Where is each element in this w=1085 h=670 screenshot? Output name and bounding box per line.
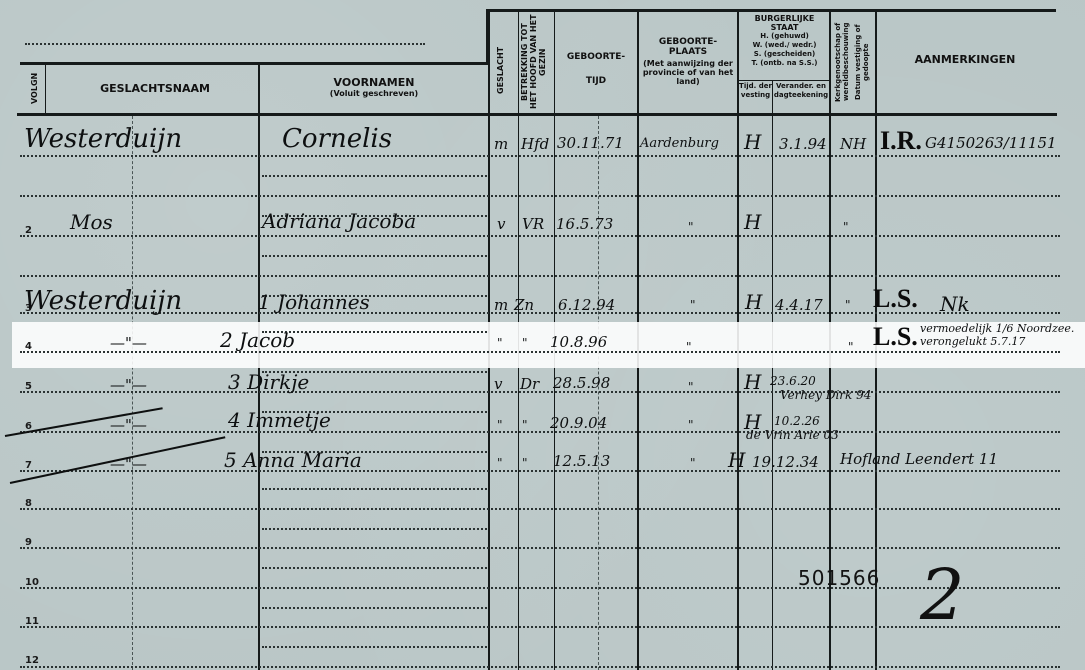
- row-rule: [20, 235, 1060, 237]
- row1-surname: Westerduijn: [24, 124, 182, 154]
- row6-surname: —"—: [110, 416, 147, 434]
- header-burgerlijke-staat: BURGERLIJKE STAAT H. (gehuwd) W. (wed./ …: [740, 14, 829, 68]
- header-geboortetijd-1: GEBOORTE-: [556, 45, 636, 69]
- row4-place: ": [686, 340, 692, 354]
- row1-date: 3.1.94: [779, 135, 827, 153]
- header-aanmerkingen: AANMERKINGEN: [880, 53, 1050, 66]
- row-rule: [20, 626, 1060, 628]
- row5-date: 23.6.20: [770, 374, 816, 388]
- row5-birth: 28.5.98: [553, 374, 610, 392]
- header-geboorteplaats: GEBOORTE- PLAATS (Met aanwijzing der pro…: [640, 37, 736, 86]
- row6-remark: de Vrin Arie 03: [746, 428, 839, 442]
- header-geboortetijd-2: TIJD: [556, 69, 636, 93]
- row6-relation: ": [522, 418, 528, 432]
- row4-birth: 10.8.96: [550, 333, 607, 351]
- row-number: 7: [25, 460, 32, 471]
- row5-remark: Verhey Dirk 94: [780, 388, 871, 402]
- header-datum-vestiging: Datum vestiging of gedoopte: [854, 14, 872, 110]
- col-line-volgn: [45, 65, 46, 113]
- row4-surname: —"—: [110, 334, 147, 352]
- row-subrule: [262, 488, 487, 490]
- row-subrule: [262, 607, 487, 609]
- header-bs-w: W. (wed./ wedr.): [740, 41, 829, 50]
- row-number: 9: [25, 537, 32, 548]
- row-rule: [20, 431, 1060, 433]
- header-bs-s: S. (gescheiden): [740, 50, 829, 59]
- header-voornamen: VOORNAMEN (Voluit geschreven): [262, 76, 486, 98]
- row5-status: H: [744, 370, 761, 394]
- row4-church: ": [848, 340, 854, 354]
- row-number: 5: [25, 381, 32, 392]
- row-rule: [20, 275, 1060, 277]
- row-subrule: [262, 331, 487, 333]
- header-geboortetijd: GEBOORTE- TIJD: [556, 45, 636, 93]
- row-subrule: [262, 646, 487, 648]
- row5-place: ": [688, 380, 694, 394]
- row-number: 11: [25, 616, 39, 627]
- row3-sex: m: [494, 296, 508, 314]
- row3-place: ": [690, 298, 696, 312]
- bs-sub-rule: [739, 80, 830, 81]
- header-geslacht: GESLACHT: [496, 30, 510, 110]
- row1-church: NH: [840, 135, 866, 153]
- row5-sex: v: [494, 375, 502, 393]
- header-voornamen-sub: (Voluit geschreven): [262, 89, 486, 98]
- row3-surname: Westerduijn: [24, 286, 182, 316]
- row-number: 8: [25, 498, 32, 509]
- header-geboorteplaats-sub: (Met aanwijzing der provincie of van het…: [640, 59, 736, 86]
- row7-sex: ": [497, 456, 503, 470]
- row6-date: 10.2.26: [774, 414, 820, 428]
- header-kerkgenootschap: Kerkgenootschap of wereldbeschouwing: [834, 14, 852, 110]
- row-number: 4: [25, 341, 32, 352]
- header-geboorteplaats-1: GEBOORTE-: [640, 37, 736, 47]
- row-subrule: [262, 175, 487, 177]
- row4-relation: ": [522, 336, 528, 350]
- row2-status: H: [744, 210, 761, 234]
- row4-sex: ": [497, 336, 503, 350]
- row7-status: H: [728, 448, 745, 472]
- row1-place: Aardenburg: [640, 136, 719, 151]
- row-rule: [20, 587, 1060, 589]
- row3-stamp: L.S.: [873, 284, 918, 314]
- header-bs-title: BURGERLIJKE STAAT: [740, 14, 829, 32]
- row-subrule: [262, 528, 487, 530]
- top-dotted-line: [25, 43, 425, 45]
- row3-church: ": [845, 298, 851, 312]
- row5-relation: Dr: [520, 375, 539, 393]
- row-number: 2: [25, 225, 32, 236]
- ditto-strike: [10, 436, 226, 484]
- header-betrekking: BETREKKING TOT HET HOOFD VAN HET GEZIN: [520, 14, 552, 110]
- row3-birth: 6.12.94: [558, 296, 615, 314]
- row6-place: ": [688, 418, 694, 432]
- row1-relation: Hfd: [521, 135, 549, 153]
- row6-birth: 20.9.04: [550, 414, 607, 432]
- row1-birth: 30.11.71: [557, 134, 624, 152]
- header-volgn: VOLGN: [30, 66, 42, 110]
- row2-given: Adriana Jacoba: [262, 210, 482, 232]
- row5-surname: —"—: [110, 376, 147, 394]
- row4-given: 2 Jacob: [220, 328, 295, 352]
- row7-birth: 12.5.13: [553, 452, 610, 470]
- row2-place: ": [688, 220, 694, 234]
- row-rule: [20, 195, 1060, 197]
- row1-sex: m: [494, 135, 508, 153]
- row3-relation: Zn: [514, 296, 534, 314]
- header-verandering: Verander. en dagteekening: [773, 82, 829, 100]
- row1-given: Cornelis: [282, 124, 392, 154]
- row7-place: ": [690, 456, 696, 470]
- registration-card: VOLGN GESLACHTSNAAM VOORNAMEN (Voluit ge…: [0, 0, 1085, 670]
- header-voornamen-label: VOORNAMEN: [334, 76, 415, 89]
- row6-sex: ": [497, 418, 503, 432]
- row7-date: 19.12.34: [752, 453, 819, 471]
- row3-given: 1 Johannes: [258, 290, 370, 314]
- row2-birth: 16.5.73: [556, 215, 613, 233]
- row2-church: ": [843, 220, 849, 234]
- header-bottom-rule: [17, 113, 1057, 116]
- row7-given: 5 Anna Maria: [224, 448, 362, 472]
- header-bs-t: T. (ontb. na S.S.): [740, 59, 829, 68]
- row-rule: [20, 666, 1060, 668]
- row1-remark: G4150263/11151: [925, 134, 1057, 152]
- row-rule: [20, 470, 1060, 472]
- row3-date: 4.4.17: [775, 296, 823, 314]
- header-top-rule-left: [20, 62, 488, 65]
- row3-status: H: [745, 290, 762, 314]
- row5-given: 3 Dirkje: [228, 370, 309, 394]
- row1-status: H: [744, 130, 761, 154]
- row1-stamp: I.R.: [880, 126, 922, 156]
- header-top-rule-right: [486, 9, 1056, 12]
- header-tijd: Tijd. der vesting: [739, 82, 772, 100]
- row-number: 10: [25, 577, 39, 588]
- row2-sex: v: [497, 215, 505, 233]
- row7-remark: Hofland Leendert 11: [840, 450, 998, 468]
- row3-remark: Nk: [940, 292, 970, 316]
- row6-given: 4 Immetje: [228, 408, 331, 432]
- row-subrule: [262, 567, 487, 569]
- header-geboorteplaats-2: PLAATS: [640, 47, 736, 57]
- row-number: 12: [25, 655, 39, 666]
- row-rule: [20, 391, 1060, 393]
- row4-stamp: L.S.: [873, 322, 918, 352]
- row7-relation: ": [522, 456, 528, 470]
- header-bs-h: H. (gehuwd): [740, 32, 829, 41]
- row-subrule: [262, 255, 487, 257]
- serial-number: 501566: [798, 566, 880, 590]
- row2-relation: VR: [522, 215, 544, 233]
- row-rule: [20, 547, 1060, 549]
- row2-surname: Mos: [70, 210, 113, 234]
- row-rule: [20, 508, 1060, 510]
- corner-mark: 2: [920, 560, 965, 630]
- header-geslachtsnaam: GESLACHTSNAAM: [55, 82, 255, 95]
- row4-remark: vermoedelijk 1/6 Noordzee. verongelukt 5…: [920, 322, 1080, 348]
